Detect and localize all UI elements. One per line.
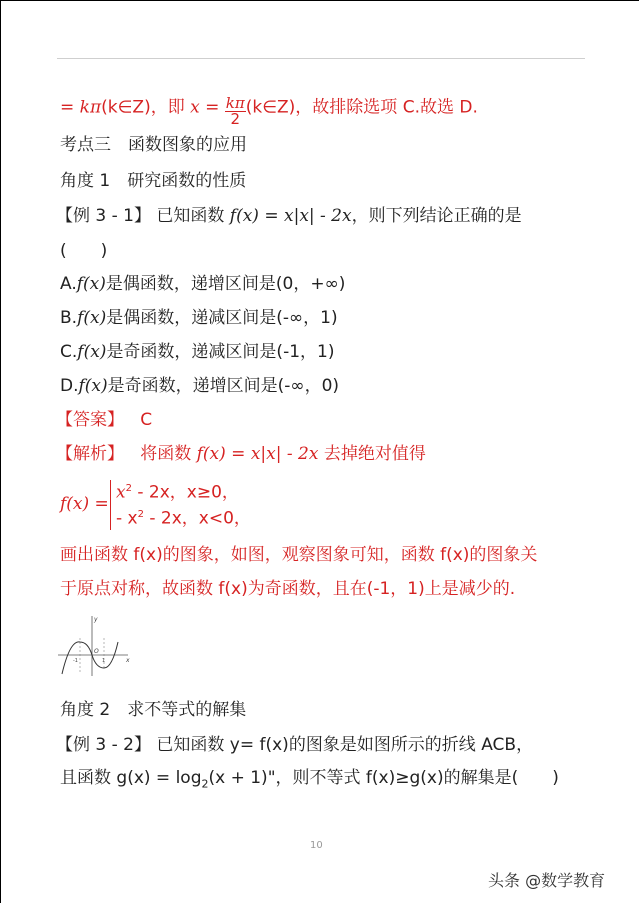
- page-number: 10: [310, 840, 323, 851]
- example1-blank: ( ): [60, 240, 107, 262]
- math-fx: f(x): [79, 376, 108, 396]
- option-c: C.f(x)是奇函数，递减区间是(-1，1): [60, 341, 334, 363]
- analysis-line: 【解析】 将函数 f(x) = x|x| - 2x 去掉绝对值得: [56, 443, 426, 465]
- math-x-eq: x =: [190, 98, 225, 118]
- piecewise-lhs: f(x) =: [60, 494, 109, 514]
- tick-neg1: -1: [73, 658, 78, 664]
- option-letter: B.: [60, 308, 77, 328]
- y-axis-label: y: [93, 616, 98, 623]
- analysis-label: 【解析】: [56, 444, 124, 464]
- option-a: A.f(x)是偶函数，递增区间是(0，+∞): [60, 273, 345, 295]
- option-text: 是偶函数，递减区间是(-∞，1): [106, 308, 337, 328]
- option-text: 是偶函数，递增区间是(0，+∞): [106, 274, 346, 294]
- header-rule: [57, 58, 585, 59]
- tick-pos1: 1: [102, 658, 105, 664]
- example2-line1: 【例 3 - 2】 已知函数 y= f(x)的图象是如图所示的折线 ACB，: [56, 734, 533, 756]
- math-expression: = x|x| - 2x: [259, 206, 352, 226]
- example-label: 【例 3 - 1】: [56, 206, 151, 226]
- text-fragment: 将函数: [140, 444, 196, 464]
- piece-row-2: - x2 - 2x，x<0，: [116, 504, 251, 530]
- piece-condition: - 2x，x≥0，: [132, 483, 239, 503]
- piece-condition: - 2x，x<0，: [144, 509, 251, 529]
- math-x: x: [116, 483, 126, 503]
- option-letter: C.: [60, 342, 77, 362]
- fraction-denominator: 2: [225, 112, 246, 127]
- math-fx: f(x): [77, 274, 106, 294]
- option-d: D.f(x)是奇函数，递增区间是(-∞，0): [60, 375, 339, 397]
- analysis-paragraph-line1: 画出函数 f(x)的图象，如图，观察图象可知，函数 f(x)的图象关: [60, 544, 537, 566]
- option-text: 是奇函数，递减区间是(-1，1): [106, 342, 334, 362]
- math-fx: f(x): [230, 206, 259, 226]
- answer-label: 【答案】: [56, 410, 124, 430]
- text-fragment: 且函数 g(x) = log: [60, 768, 202, 788]
- text-fragment: 已知函数: [156, 206, 229, 226]
- example-text: 已知函数 y= f(x)的图象是如图所示的折线 ACB，: [156, 735, 533, 755]
- origin-label: O: [94, 648, 99, 655]
- piece-row-1: x2 - 2x，x≥0，: [116, 478, 239, 504]
- text-fragment: ，则下列结论正确的是: [352, 206, 522, 226]
- option-letter: A.: [60, 274, 77, 294]
- math-set: (k∈Z): [101, 98, 151, 118]
- example1-stem: 【例 3 - 1】 已知函数 f(x) = x|x| - 2x，则下列结论正确的…: [56, 205, 522, 227]
- angle2-title: 角度 2 求不等式的解集: [60, 699, 246, 721]
- option-text: 是奇函数，递增区间是(-∞，0): [108, 376, 339, 396]
- fraction: kπ2: [225, 96, 246, 127]
- math-fx: f(x): [77, 308, 106, 328]
- math-fx: f(x): [197, 444, 226, 464]
- solution-continuation-line: = kπ(k∈Z)，即 x = kπ2(k∈Z)，故排除选项 C.故选 D.: [60, 92, 478, 123]
- option-b: B.f(x)是偶函数，递减区间是(-∞，1): [60, 307, 338, 329]
- math-k-pi: kπ: [80, 98, 101, 118]
- x-axis-label: x: [125, 657, 130, 664]
- log-base: 2: [202, 777, 209, 790]
- angle1-title: 角度 1 研究函数的性质: [60, 170, 246, 192]
- curve: [62, 642, 118, 674]
- section-title: 考点三 函数图象的应用: [60, 134, 247, 156]
- math-expression: = x|x| - 2x: [226, 444, 319, 464]
- function-graph: y x O -1 1: [56, 612, 136, 678]
- example2-line2: 且函数 g(x) = log2(x + 1)"，则不等式 f(x)≥g(x)的解…: [60, 767, 559, 795]
- analysis-paragraph-line2: 于原点对称，故函数 f(x)为奇函数，且在(-1，1)上是减少的.: [60, 578, 515, 600]
- text-fragment: 去掉绝对值得: [318, 444, 425, 464]
- text-fragment: ，故排除选项 C.故选 D.: [295, 98, 478, 118]
- text-fragment: =: [60, 98, 80, 118]
- answer-line: 【答案】 C: [56, 409, 152, 431]
- text-fragment: ，即: [151, 98, 190, 118]
- watermark: 头条 @数学教育: [488, 868, 605, 891]
- text-fragment: (x + 1)"，则不等式 f(x)≥g(x)的解集是( ): [209, 768, 559, 788]
- math-set: (k∈Z): [246, 98, 296, 118]
- example-label: 【例 3 - 2】: [56, 735, 151, 755]
- option-letter: D.: [60, 376, 79, 396]
- math-neg-x: - x: [116, 509, 138, 529]
- answer-value: C: [140, 410, 152, 430]
- math-fx: f(x): [77, 342, 106, 362]
